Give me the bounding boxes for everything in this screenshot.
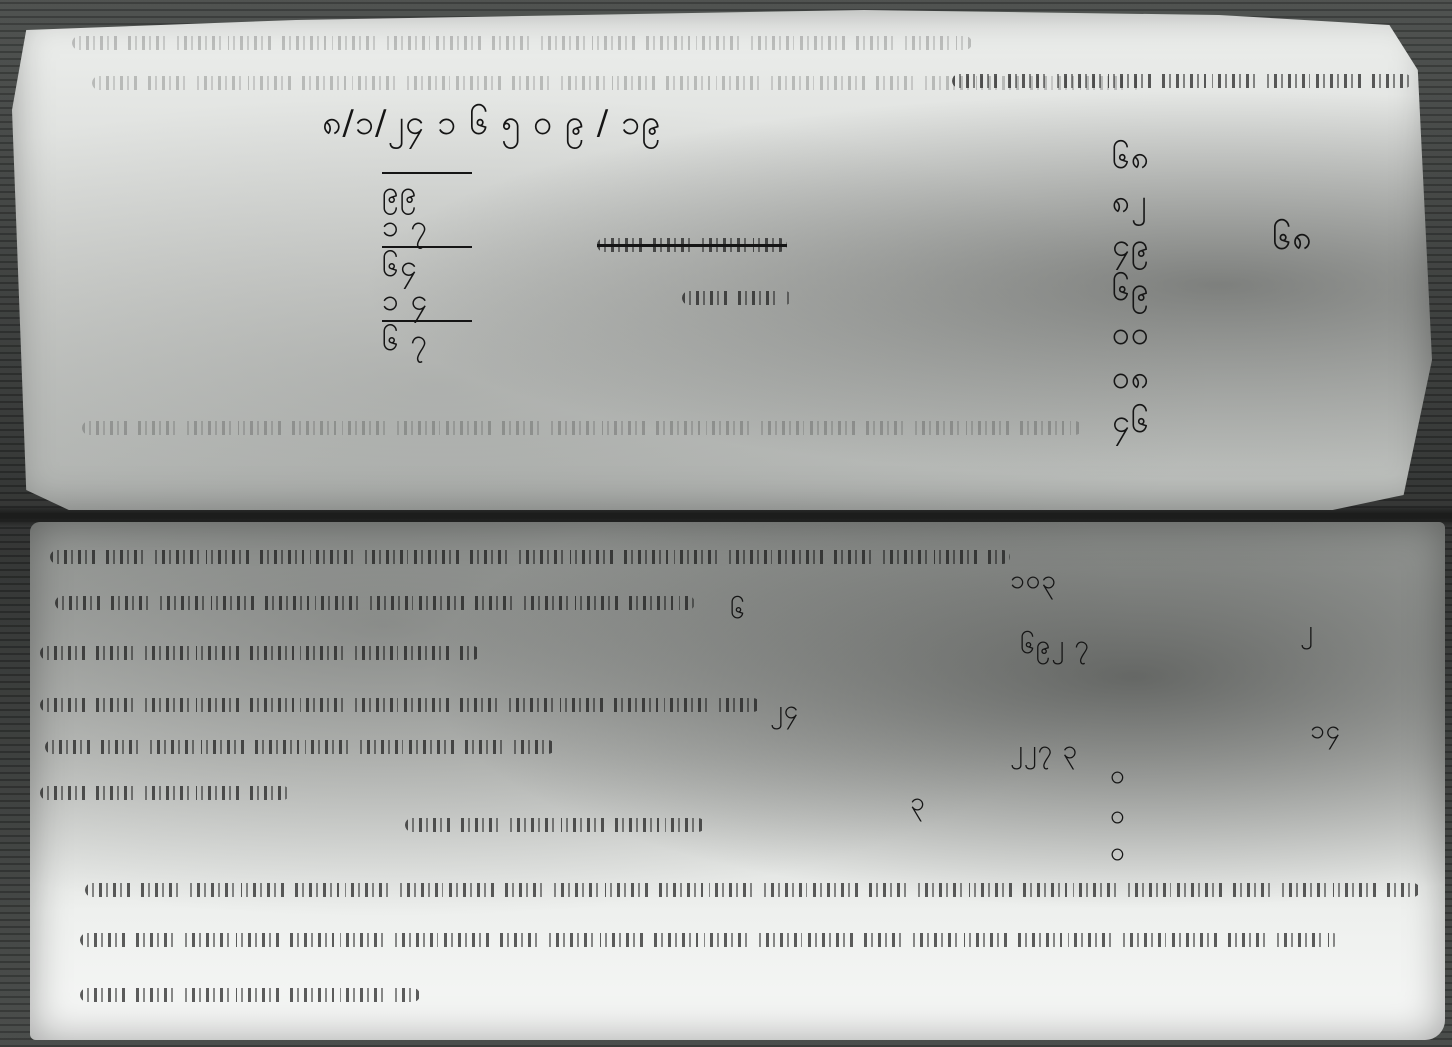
signature-word: handwritten word — [682, 285, 792, 311]
manuscript-bottom-panel: handwritten line 1 (Burmese script) hand… — [30, 522, 1445, 1040]
margin-note: ၆၉၂ ၇ — [1020, 627, 1090, 666]
calc-rule — [382, 172, 472, 174]
top-right-handwritten-line: handwritten line (partially legible) — [952, 68, 1412, 94]
column-numeral: ၄၆ — [1112, 399, 1150, 443]
right-numeral-column: ၆၈ ၈၂ ၄၉ ၆၉ ၀၀ ၀၈ ၄၆ — [1112, 135, 1150, 443]
margin-note: ၂၄ — [770, 692, 799, 731]
margin-note: ၀ — [1110, 797, 1126, 836]
calc-row: ၁ ၄ — [382, 284, 472, 318]
margin-note: ၂၂၇ ၃ — [1010, 732, 1078, 771]
body-line: handwritten line 3 (Burmese script) — [40, 640, 480, 666]
column-numeral: ၀၈ — [1112, 355, 1150, 399]
column-numeral: ၆၈ — [1112, 135, 1150, 179]
struck-word: handwritten word (struck through) — [597, 232, 787, 258]
body-line: handwritten line 2 (Burmese script) — [55, 590, 695, 616]
faint-header-line: faint handwritten line (illegible) — [82, 415, 1082, 441]
manuscript-top-panel: faint handwritten line (illegible) faint… — [12, 10, 1432, 510]
signature: handwritten signature — [80, 982, 420, 1008]
faint-header-line: faint handwritten line (illegible) — [72, 30, 972, 56]
margin-note: ၃ — [910, 784, 926, 823]
margin-note: ၀ — [1110, 757, 1126, 796]
margin-note: ၁၀၃ — [1010, 562, 1057, 601]
calc-row: ၉၉ — [382, 176, 472, 210]
calc-rule — [382, 320, 472, 322]
closing-line: handwritten closing line 1 (Burmese scri… — [85, 877, 1420, 903]
margin-note: ၁၄ — [1310, 712, 1341, 751]
margin-note: ၂ — [1300, 612, 1314, 651]
closing-line: handwritten closing line 2 (Burmese scri… — [80, 927, 1340, 953]
body-line: handwritten line 5 (Burmese script) — [45, 734, 555, 760]
calc-rule — [382, 246, 472, 248]
calc-row: ၁ ၇ — [382, 210, 472, 244]
column-numeral: ၈၂ — [1112, 179, 1150, 223]
margin-note: ၆ — [730, 592, 746, 631]
margin-note: ၀ — [1110, 834, 1126, 873]
column-numeral: ၄၉ — [1112, 223, 1150, 267]
strike-through-line — [597, 244, 787, 247]
calc-row: ၆၄ — [382, 250, 472, 284]
body-line: handwritten line 4 (Burmese script) — [40, 692, 760, 718]
body-line: handwritten line 6 (Burmese script) — [40, 780, 290, 806]
calculation-block: ၉၉ ၁ ၇ ၆၄ ၁ ၄ ၆ ၇ — [382, 170, 472, 358]
centered-heading: handwritten heading (centered) — [405, 812, 705, 846]
body-line: handwritten line 1 (Burmese script) — [50, 544, 1010, 570]
calc-row: ၆ ၇ — [382, 324, 472, 358]
column-numeral: ၆၉ — [1112, 267, 1150, 311]
numeral-line: ၈/၁/၂၄ ၁ ၆ ၅ ၀ ၉ / ၁၉ — [322, 100, 661, 151]
far-right-mark: ၆၈ — [1272, 215, 1313, 266]
column-numeral: ၀၀ — [1112, 311, 1150, 355]
